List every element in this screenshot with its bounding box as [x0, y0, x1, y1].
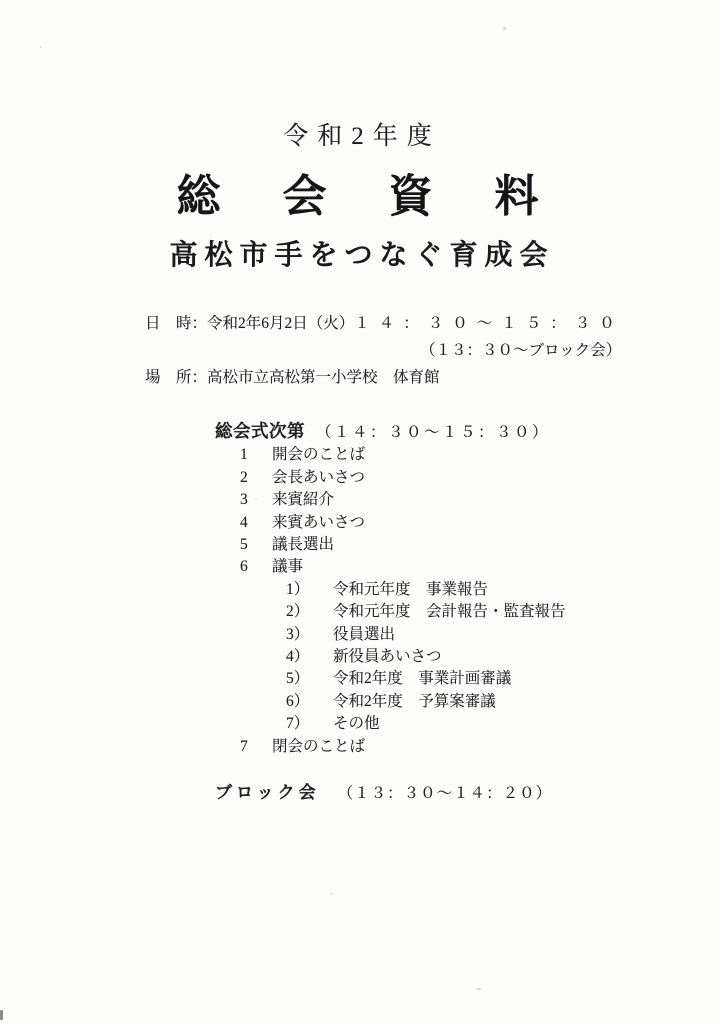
agenda-item-number: 1 — [240, 444, 272, 466]
block-meeting-time: （１３：３０～１４：２０） — [338, 785, 553, 802]
agenda-item-number: 4 — [240, 512, 272, 534]
agenda-item-label: 来賓あいさつ — [272, 514, 365, 531]
agenda-subitem-number: 1） — [286, 579, 333, 601]
agenda-subitem-label: 令和2年度 予算案審議 — [333, 693, 496, 710]
agenda-item: 3来賓紹介 — [0, 489, 724, 511]
document-title: 総 会 資 料 — [0, 160, 724, 224]
agenda-subitem-label: 役員選出 — [333, 626, 395, 643]
datetime-line: 日 時：令和2年6月2日（火）１４：３０～１５：３０ — [145, 310, 624, 337]
agenda-item-label: 開会のことば — [272, 446, 365, 463]
place-value: 高松市立高松第一小学校 体育館 — [207, 369, 440, 386]
organization-name: 高松市手をつなぐ育成会 — [0, 233, 724, 273]
agenda-subitem-label: その他 — [333, 715, 380, 732]
agenda-item-number: 3 — [240, 489, 272, 511]
agenda-item-label: 閉会のことば — [272, 738, 365, 755]
agenda-item-label: 来賓紹介 — [272, 491, 334, 508]
agenda-subitem: 3）役員選出 — [0, 624, 724, 646]
scan-speck — [40, 46, 42, 48]
agenda-item-label: 議事 — [272, 558, 303, 575]
agenda-subitem-label: 令和元年度 会計報告・監査報告 — [333, 603, 566, 620]
meeting-info-block: 日 時：令和2年6月2日（火）１４：３０～１５：３０ （１３：３０～ブロック会）… — [145, 310, 624, 391]
scan-speck — [255, 498, 257, 500]
agenda-item: 5議長選出 — [0, 534, 724, 556]
datetime-note: （１３：３０～ブロック会） — [145, 337, 624, 364]
document-header: 令和2年度 総 会 資 料 高松市手をつなぐ育成会 — [0, 116, 724, 273]
agenda-subitem: 1）令和元年度 事業報告 — [0, 579, 724, 601]
agenda-subitem: 4）新役員あいさつ — [0, 646, 724, 668]
datetime-time: １４：３０～１５：３０ — [354, 315, 624, 332]
datetime-date: 令和2年6月2日（火） — [207, 315, 354, 332]
agenda-subitem-number: 5） — [286, 668, 333, 690]
agenda-item-number: 5 — [240, 534, 272, 556]
scan-speck — [0, 1010, 3, 1020]
agenda-subitem: 5）令和2年度 事業計画審議 — [0, 668, 724, 690]
agenda-subitem-label: 令和2年度 事業計画審議 — [333, 670, 511, 687]
agenda-subitem-number: 4） — [286, 646, 333, 668]
place-label: 場 所： — [145, 369, 207, 386]
agenda-subitem-label: 新役員あいさつ — [333, 648, 442, 665]
agenda-subitem: 6）令和2年度 予算案審議 — [0, 691, 724, 713]
agenda-subitem-number: 6） — [286, 691, 333, 713]
agenda-section: 総会式次第（１４：３０～１５：３０） 1開会のことば 2会長あいさつ 3来賓紹介… — [0, 420, 724, 758]
place-line: 場 所：高松市立高松第一小学校 体育館 — [145, 364, 624, 391]
fiscal-year-line: 令和2年度 — [0, 116, 724, 152]
agenda-subitem-number: 3） — [286, 624, 333, 646]
agenda-item: 2会長あいさつ — [0, 467, 724, 489]
agenda-subitem-number: 2） — [286, 601, 333, 623]
agenda-item: 7閉会のことば — [0, 736, 724, 758]
agenda-subitem: 2）令和元年度 会計報告・監査報告 — [0, 601, 724, 623]
agenda-item-number: 7 — [240, 736, 272, 758]
agenda-item: 4来賓あいさつ — [0, 512, 724, 534]
agenda-heading-title: 総会式次第 — [215, 421, 305, 441]
agenda-item: 6議事 — [0, 556, 724, 578]
agenda-item: 1開会のことば — [0, 444, 724, 466]
agenda-subitem-number: 7） — [286, 713, 333, 735]
agenda-item-label: 議長選出 — [272, 536, 334, 553]
agenda-subitem: 7）その他 — [0, 713, 724, 735]
agenda-item-number: 2 — [240, 467, 272, 489]
block-meeting-line: ブロック会（１３：３０～１４：２０） — [215, 778, 552, 803]
scanned-document-page: 令和2年度 総 会 資 料 高松市手をつなぐ育成会 日 時：令和2年6月2日（火… — [0, 0, 724, 1024]
agenda-heading-time: （１４：３０～１５：３０） — [316, 424, 550, 441]
scan-speck — [330, 893, 333, 895]
block-meeting-label: ブロック会 — [215, 783, 320, 802]
agenda-item-label: 会長あいさつ — [272, 469, 365, 486]
agenda-subitem-label: 令和元年度 事業報告 — [333, 581, 488, 598]
datetime-label: 日 時： — [145, 315, 207, 332]
scan-speck — [476, 988, 481, 990]
agenda-item-number: 6 — [240, 556, 272, 578]
scan-speck — [503, 27, 506, 30]
agenda-heading: 総会式次第（１４：３０～１５：３０） — [0, 420, 724, 444]
